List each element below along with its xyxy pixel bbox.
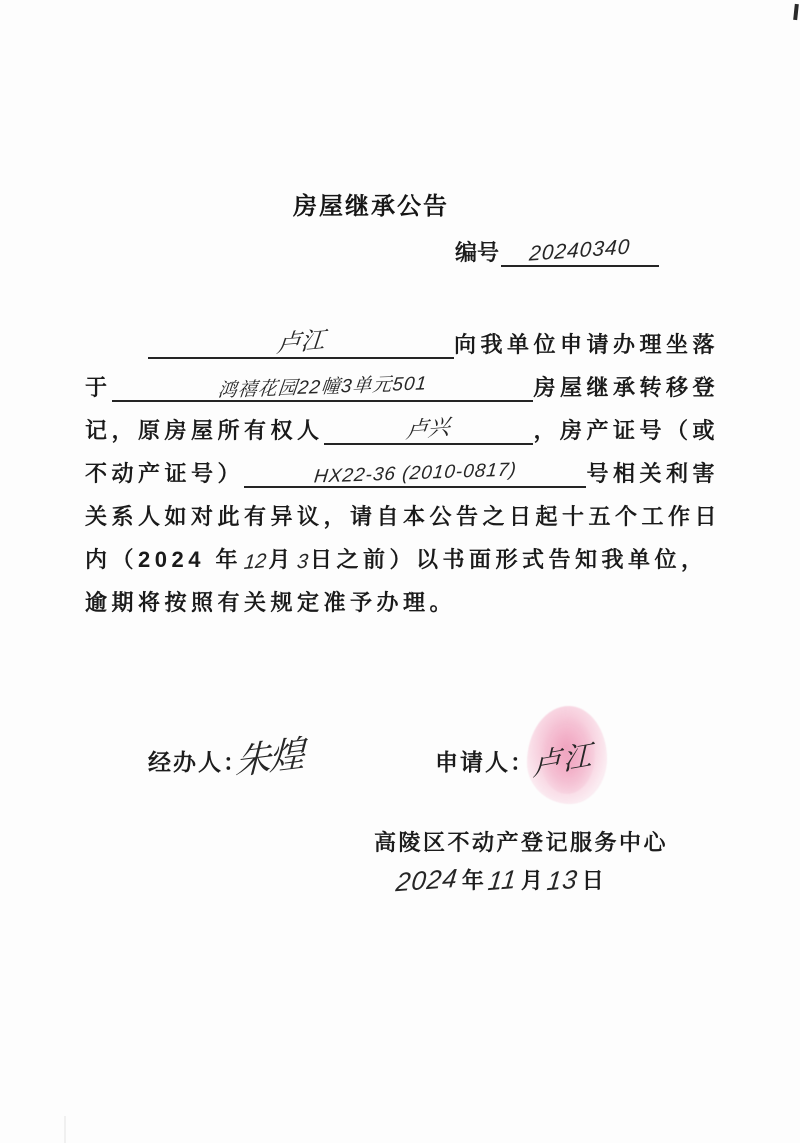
scan-artifact-seam <box>64 1116 66 1143</box>
date-year-handwritten: 2024 <box>394 863 459 899</box>
line7-printed-text: 逾期将按照有关规定准予办理。 <box>85 586 456 617</box>
line3-printed-before: 记，原房屋所有权人 <box>85 414 324 445</box>
original-owner-blank: 卢兴 <box>324 412 534 445</box>
date-day-handwritten: 13 <box>545 864 579 897</box>
body-line-5: 关系人如对此有异议，请自本公告之日起十五个工作日 <box>85 488 719 531</box>
line2-printed-after: 房屋继承转移登 <box>533 371 719 402</box>
applicant-name-blank: 卢江 <box>148 322 454 359</box>
document-number-row: 编号 20240340 <box>455 236 659 267</box>
date-month-handwritten: 11 <box>486 864 518 897</box>
line2-printed-before: 于 <box>85 371 112 402</box>
certificate-number-blank: HX22-36 (2010-0817) <box>244 458 586 488</box>
line6-printed-after: 日之前）以书面形式告知我单位， <box>310 543 708 574</box>
line5-printed-text: 关系人如对此有异议，请自本公告之日起十五个工作日 <box>85 500 721 531</box>
document-body: 卢江 向我单位申请办理坐落 于 鸿禧花园22幢3单元501 房屋继承转移登 记，… <box>85 316 719 617</box>
handler-signature-handwritten: 朱煌 <box>235 726 303 786</box>
document-title: 房屋继承公告 <box>0 186 742 221</box>
date-year-unit: 年 <box>462 864 484 895</box>
property-address-handwritten: 鸿禧花园22幢3单元501 <box>216 368 428 402</box>
number-handwritten-value: 20240340 <box>529 235 632 266</box>
issue-date-row: 2024 年 11 月 13 日 <box>396 864 604 895</box>
deadline-month-handwritten: 12 <box>243 550 267 575</box>
signature-row: 经办人： 朱煌 申请人： 卢江 <box>0 736 800 806</box>
property-address-blank: 鸿禧花园22幢3单元501 <box>112 372 534 402</box>
number-label: 编号 <box>455 236 499 267</box>
line4-printed-before: 不动产证号） <box>85 457 244 488</box>
number-blank-field: 20240340 <box>501 237 659 267</box>
date-month-unit: 月 <box>521 864 543 895</box>
body-line-4: 不动产证号） HX22-36 (2010-0817) 号相关利害 <box>85 445 719 488</box>
body-line-7: 逾期将按照有关规定准予办理。 <box>85 574 719 617</box>
applicant-name-handwritten: 卢江 <box>276 320 327 360</box>
line6-printed-before: 内（2024 年 <box>85 543 242 574</box>
issuing-organization: 高陵区不动产登记服务中心 <box>374 826 668 857</box>
line1-printed-text: 向我单位申请办理坐落 <box>454 328 719 359</box>
body-line-1: 卢江 向我单位申请办理坐落 <box>85 316 719 359</box>
certificate-number-handwritten: HX22-36 (2010-0817) <box>313 459 518 488</box>
handler-label: 经办人： <box>148 744 248 777</box>
deadline-day-handwritten: 3 <box>296 550 309 574</box>
scan-artifact-corner <box>793 4 799 20</box>
line6-printed-mid: 月 <box>268 543 295 574</box>
applicant-label: 申请人： <box>435 744 535 777</box>
line4-printed-after: 号相关利害 <box>586 457 719 488</box>
scanned-document-page: 房屋继承公告 编号 20240340 卢江 向我单位申请办理坐落 于 鸿禧花园2… <box>0 0 800 1143</box>
body-line-3: 记，原房屋所有权人 卢兴 ，房产证号（或 <box>85 402 719 445</box>
line3-printed-after: ，房产证号（或 <box>533 414 719 445</box>
body-line-6: 内（2024 年 12 月 3 日之前）以书面形式告知我单位， <box>85 531 719 574</box>
date-day-unit: 日 <box>582 864 604 895</box>
body-line-2: 于 鸿禧花园22幢3单元501 房屋继承转移登 <box>85 359 719 402</box>
original-owner-handwritten: 卢兴 <box>405 410 452 445</box>
